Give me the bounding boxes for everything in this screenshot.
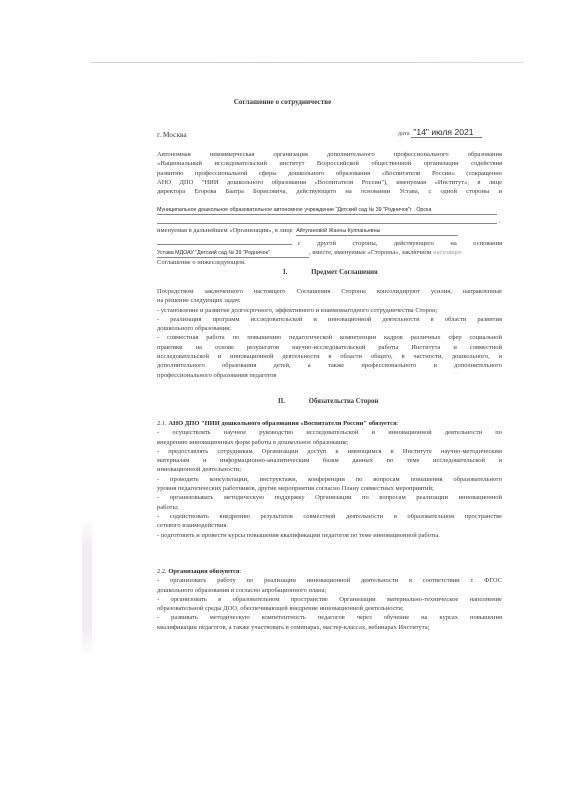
document-line: - организовывать методическую поддержку … bbox=[157, 493, 502, 502]
org-named-line: именуемая в дальнейшем «Организация», в … bbox=[157, 226, 502, 236]
document-line: уровня педагогических работников, другие… bbox=[157, 484, 502, 493]
parties-text: , вместе, именуемые «Стороны», заключили bbox=[309, 249, 432, 256]
section-title: Обязательства Сторон bbox=[309, 398, 379, 405]
parties-text-faint: настоящее bbox=[433, 249, 462, 256]
blank-comma: , bbox=[499, 217, 501, 224]
document-line: образовательной среды ДОО, обеспечивающе… bbox=[157, 604, 502, 613]
section-title: Предмет Соглашения bbox=[311, 269, 378, 276]
stray-mark: // bbox=[348, 212, 351, 217]
section-number: I. bbox=[283, 269, 287, 276]
document-line: - осуществлять научное руководство иссле… bbox=[157, 428, 502, 437]
basis-fill: Устава МДОАУ "Детский сад № 39 "Родничок… bbox=[157, 249, 309, 258]
subsection-2-2-body: - организовать работу по реализации инно… bbox=[157, 576, 502, 632]
document-line: - совместная работа по повышению педагог… bbox=[157, 333, 502, 342]
preamble-line: Автономная некоммерческая организация до… bbox=[157, 150, 502, 159]
subsection-2-2: 2.2. Организация обязуются: - организова… bbox=[157, 567, 502, 632]
document-line: - установление и развитие долгосрочного,… bbox=[157, 306, 502, 315]
representative-fill: Айтугановой Жанны Кулпаньевны bbox=[296, 227, 458, 236]
preamble-line: АНО ДПО "НИИ дошкольного образования «Во… bbox=[157, 178, 502, 187]
section-2-heading: II. Обязательства Сторон bbox=[278, 398, 378, 405]
scanned-document-page: Соглашение о сотрудничестве г. Москва да… bbox=[0, 0, 565, 800]
org-named-prefix: именуемая в дальнейшем «Организация», в … bbox=[157, 227, 293, 234]
document-line: - организовать в образовательном простра… bbox=[157, 595, 502, 604]
document-line: Посредством заключенного настоящего Согл… bbox=[157, 287, 502, 296]
subsection-2-1-body: - осуществлять научное руководство иссле… bbox=[157, 428, 502, 540]
document-line: профессионального образования педагогов bbox=[157, 371, 502, 380]
section-1-heading: I. Предмет Соглашения bbox=[283, 269, 378, 276]
scan-shadow-strip bbox=[82, 520, 92, 655]
section-number: II. bbox=[278, 398, 285, 405]
scan-edge-line bbox=[90, 62, 524, 63]
subsection-heading: Организация обязуются bbox=[168, 568, 239, 575]
document-line: - проводить консультации, инструктажи, к… bbox=[157, 475, 502, 484]
document-line: на решение следующих задач: bbox=[157, 296, 502, 305]
organization-blank-line bbox=[157, 222, 497, 224]
parties-line: Устава МДОАУ "Детский сад № 39 "Родничок… bbox=[157, 248, 502, 258]
other-side-line: с другой стороны, действующего на основа… bbox=[157, 237, 502, 248]
document-title: Соглашение о сотрудничестве bbox=[0, 98, 565, 106]
subsection-2-1: 2.1. АНО ДПО "НИИ дошкольного образовани… bbox=[157, 419, 502, 540]
document-line: инновационной деятельности; bbox=[157, 465, 502, 474]
date-label: дата bbox=[398, 130, 410, 137]
document-line: сетевого взаимодействия. bbox=[157, 521, 502, 530]
document-line: работы; bbox=[157, 503, 502, 512]
subsection-number: 2.2. bbox=[157, 568, 167, 575]
document-line: - предоставлять сотрудникам Организации … bbox=[157, 447, 502, 456]
document-line: - содействовать внедрению результатов со… bbox=[157, 512, 502, 521]
date-value: "14" июля 2021 bbox=[411, 127, 481, 138]
subsection-2-1-heading: 2.1. АНО ДПО "НИИ дошкольного образовани… bbox=[157, 419, 502, 428]
document-date: дата "14" июля 2021 bbox=[398, 127, 482, 138]
subsection-heading: АНО ДПО "НИИ дошкольного образования «Во… bbox=[168, 420, 396, 427]
closing-line: Соглашение о нижеследующем. bbox=[157, 258, 502, 267]
organization-name-fill: Муниципальное дошкольное образовательное… bbox=[157, 206, 497, 215]
document-line: - подготовить и провести курсы повышения… bbox=[157, 531, 502, 540]
document-line: - организовать работу по реализации инно… bbox=[157, 576, 502, 585]
document-line: исследовательской и инновационной деятел… bbox=[157, 352, 502, 361]
preamble-line: развитию профессиональной сферы дошкольн… bbox=[157, 169, 502, 178]
document-line: квалификации педагогов, а также участвов… bbox=[157, 623, 502, 632]
other-side-text: с другой стороны, действующего на основа… bbox=[298, 239, 503, 248]
document-line: дошкольного образования и согласно апроб… bbox=[157, 586, 502, 595]
document-line: - реализация программ исследовательской … bbox=[157, 315, 502, 324]
document-line: внедрению инновационных форм работы в до… bbox=[157, 438, 502, 447]
document-line: практики на основе результатов научно-ис… bbox=[157, 343, 502, 352]
document-line: дополнительного образования детей, а так… bbox=[157, 361, 502, 370]
blank-underline bbox=[157, 237, 292, 245]
subsection-number: 2.1. bbox=[157, 420, 167, 427]
document-city: г. Москва bbox=[157, 130, 187, 139]
document-line: материалам и информационно-аналитическим… bbox=[157, 456, 502, 465]
preamble-paragraph: Автономная некоммерческая организация до… bbox=[157, 150, 502, 196]
document-line: дошкольного образования; bbox=[157, 324, 502, 333]
section-1-body: Посредством заключенного настоящего Согл… bbox=[157, 287, 502, 380]
subsection-2-2-heading: 2.2. Организация обязуются: bbox=[157, 567, 502, 576]
document-line: - развивать методическую компетентность … bbox=[157, 613, 502, 622]
preamble-line: директора Егорова Баатра Борисовича, дей… bbox=[157, 187, 502, 196]
organization-paragraph: именуемая в дальнейшем «Организация», в … bbox=[157, 226, 502, 268]
preamble-line: «Национальный исследовательский институт… bbox=[157, 159, 502, 168]
